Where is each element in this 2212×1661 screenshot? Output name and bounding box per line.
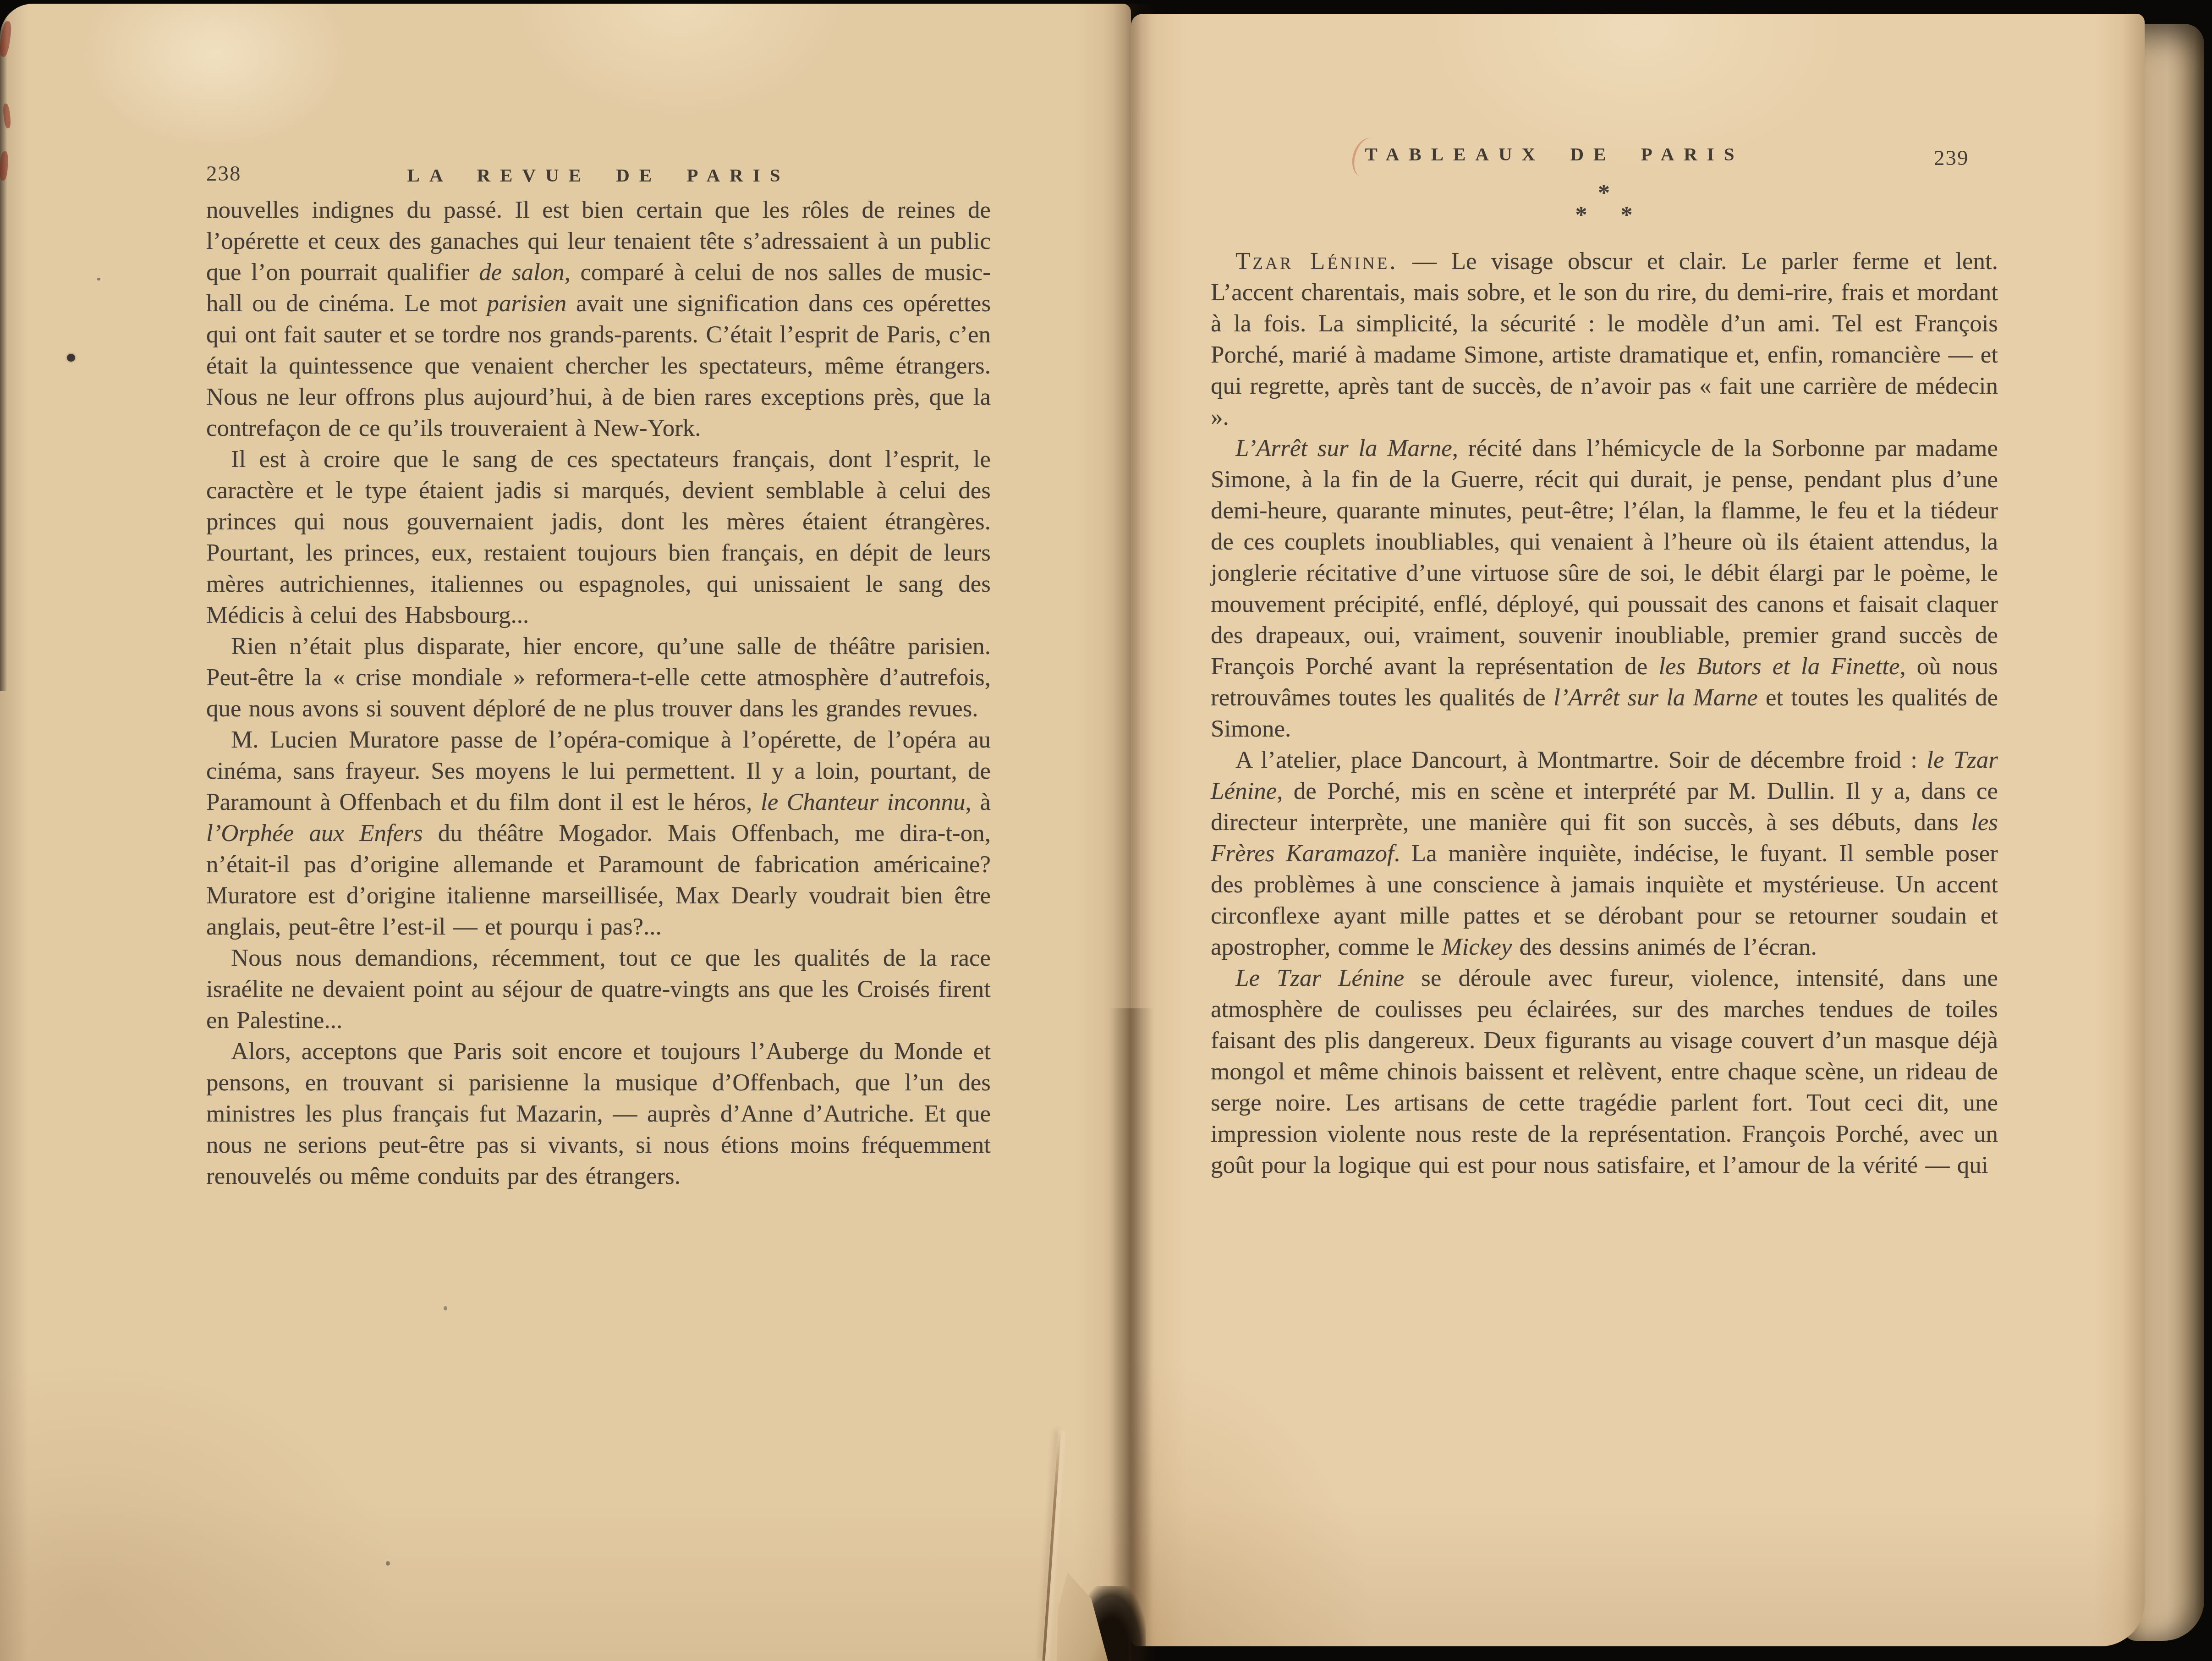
paragraph: Le Tzar Lénine se déroule avec fureur, v…	[1211, 962, 1998, 1181]
text-segment-italic: le Chanteur inconnu	[761, 789, 966, 815]
text-segment-italic: L’Arrêt sur la Marne	[1235, 435, 1452, 462]
text-segment: des dessins animés de l’écran.	[1512, 934, 1817, 960]
asterism-top: *	[1210, 182, 1998, 204]
text-segment: — Le visage obscur et clair. Le parler f…	[1211, 248, 1998, 430]
paragraph: Tzar Lénine. — Le visage obscur et clair…	[1211, 246, 1998, 433]
paragraph: Nous nous demandions, récemment, tout ce…	[206, 942, 991, 1036]
text-segment: , de Porché, mis en scène et interprété …	[1211, 778, 1998, 836]
asterism-bottom: * *	[1210, 204, 1998, 226]
paragraph: Il est à croire que le sang de ces spect…	[206, 444, 991, 631]
text-segment-smallcaps: Tzar Lénine.	[1235, 248, 1398, 275]
ink-speck	[386, 1561, 390, 1566]
text-segment: se déroule avec fureur, violence, intens…	[1211, 965, 1998, 1178]
running-title-left: LA REVUE DE PARIS	[206, 164, 991, 186]
paragraph: M. Lucien Muratore passe de l’opéra-comi…	[206, 724, 991, 942]
text-segment: , récité dans l’hémicycle de la Sorbonne…	[1211, 435, 1998, 680]
book-spread: { "colors": { "background": "#0a0807", "…	[0, 0, 2212, 1661]
text-segment: Nous nous demandions, récemment, tout ce…	[206, 945, 991, 1034]
text-segment-italic: les Butors et la Finette	[1658, 653, 1899, 680]
text-column-right: Tzar Lénine. — Le visage obscur et clair…	[1211, 246, 1998, 1181]
text-segment-italic: Mickey	[1442, 934, 1512, 960]
paragraph: Alors, acceptons que Paris soit encore e…	[206, 1036, 991, 1192]
page-gutter-shadow	[1109, 1008, 1153, 1661]
text-segment-italic: l’Orphée aux Enfers	[206, 820, 423, 847]
asterism: * * *	[1210, 182, 1998, 226]
text-segment-italic: parisien	[487, 290, 566, 317]
text-segment: A l’atelier, place Dancourt, à Montmartr…	[1235, 747, 1927, 773]
paragraph: nouvelles indignes du passé. Il est bien…	[206, 194, 991, 444]
text-segment: Il est à croire que le sang de ces spect…	[206, 446, 991, 628]
running-title-right: TABLEAUX DE PARIS	[1211, 143, 1898, 165]
paragraph: L’Arrêt sur la Marne, récité dans l’hémi…	[1211, 433, 1998, 744]
text-segment: , à	[966, 789, 991, 815]
ink-speck	[97, 278, 100, 280]
text-segment-italic: Le Tzar Lénine	[1235, 965, 1404, 991]
paragraph: Rien n’était plus disparate, hier encore…	[206, 631, 991, 724]
page-number-right: 239	[1934, 146, 1969, 170]
text-segment: Rien n’était plus disparate, hier encore…	[206, 633, 991, 722]
text-segment: Alors, acceptons que Paris soit encore e…	[206, 1038, 991, 1189]
ink-speck	[444, 1306, 447, 1310]
text-segment-italic: de salon	[479, 259, 564, 286]
paragraph: A l’atelier, place Dancourt, à Montmartr…	[1211, 744, 1998, 962]
text-segment-italic: l’Arrêt sur la Marne	[1553, 684, 1758, 711]
text-column-left: nouvelles indignes du passé. Il est bien…	[206, 194, 991, 1192]
ink-speck	[67, 354, 75, 362]
